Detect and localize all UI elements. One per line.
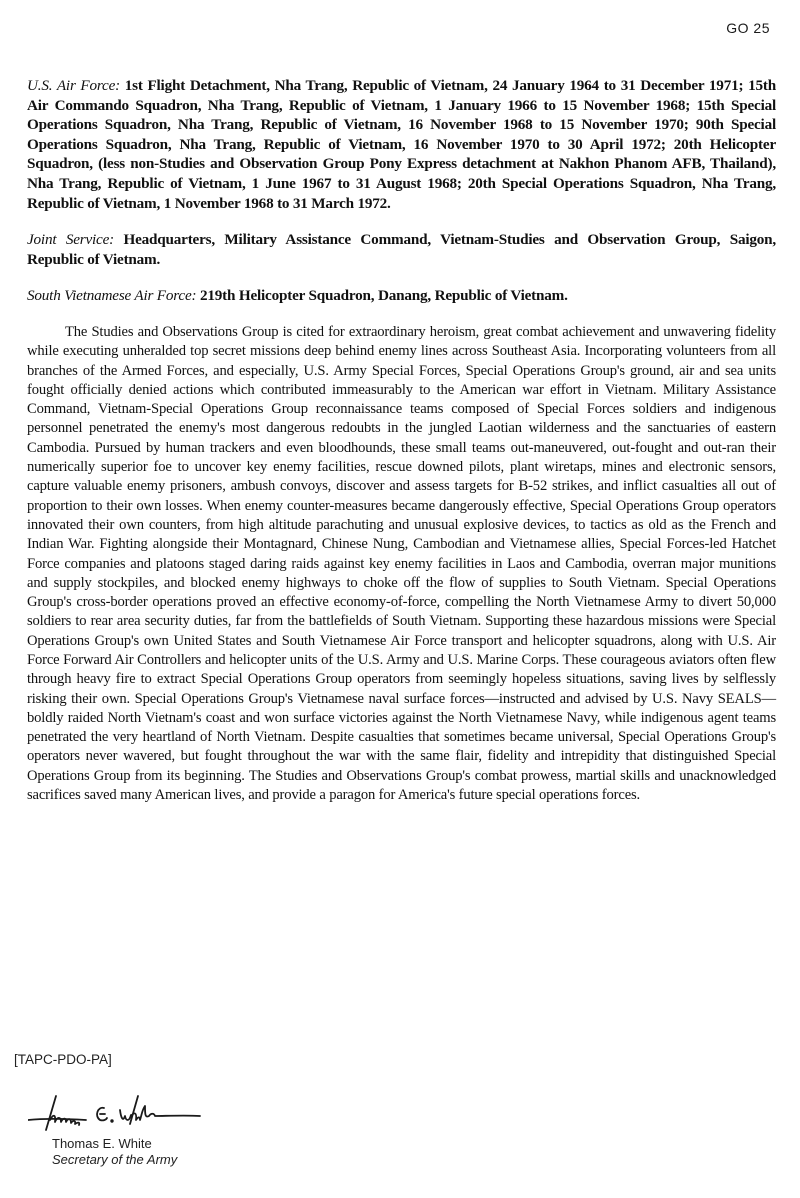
page-identifier: GO 25 (726, 20, 770, 36)
signature-icon (28, 1090, 228, 1136)
signer-name: Thomas E. White (52, 1136, 228, 1152)
unit-joint-service: Joint Service: Headquarters, Military As… (27, 230, 776, 269)
signature-block: Thomas E. White Secretary of the Army (28, 1090, 228, 1168)
service-label: Joint Service: (27, 231, 114, 248)
signer-title: Secretary of the Army (52, 1152, 228, 1168)
unit-list: Headquarters, Military Assistance Comman… (27, 231, 776, 268)
service-label: U.S. Air Force: (27, 77, 120, 94)
service-label: South Vietnamese Air Force: (27, 287, 196, 304)
unit-south-vietnamese-air-force: South Vietnamese Air Force: 219th Helico… (27, 286, 776, 306)
unit-list: 1st Flight Detachment, Nha Trang, Republ… (27, 77, 776, 212)
unit-list: 219th Helicopter Squadron, Danang, Repub… (196, 287, 567, 304)
unit-air-force: U.S. Air Force: 1st Flight Detachment, N… (27, 76, 776, 213)
citation-paragraph: The Studies and Observations Group is ci… (27, 323, 776, 805)
office-code: [TAPC-PDO-PA] (14, 1052, 112, 1067)
document-body: U.S. Air Force: 1st Flight Detachment, N… (27, 76, 776, 805)
